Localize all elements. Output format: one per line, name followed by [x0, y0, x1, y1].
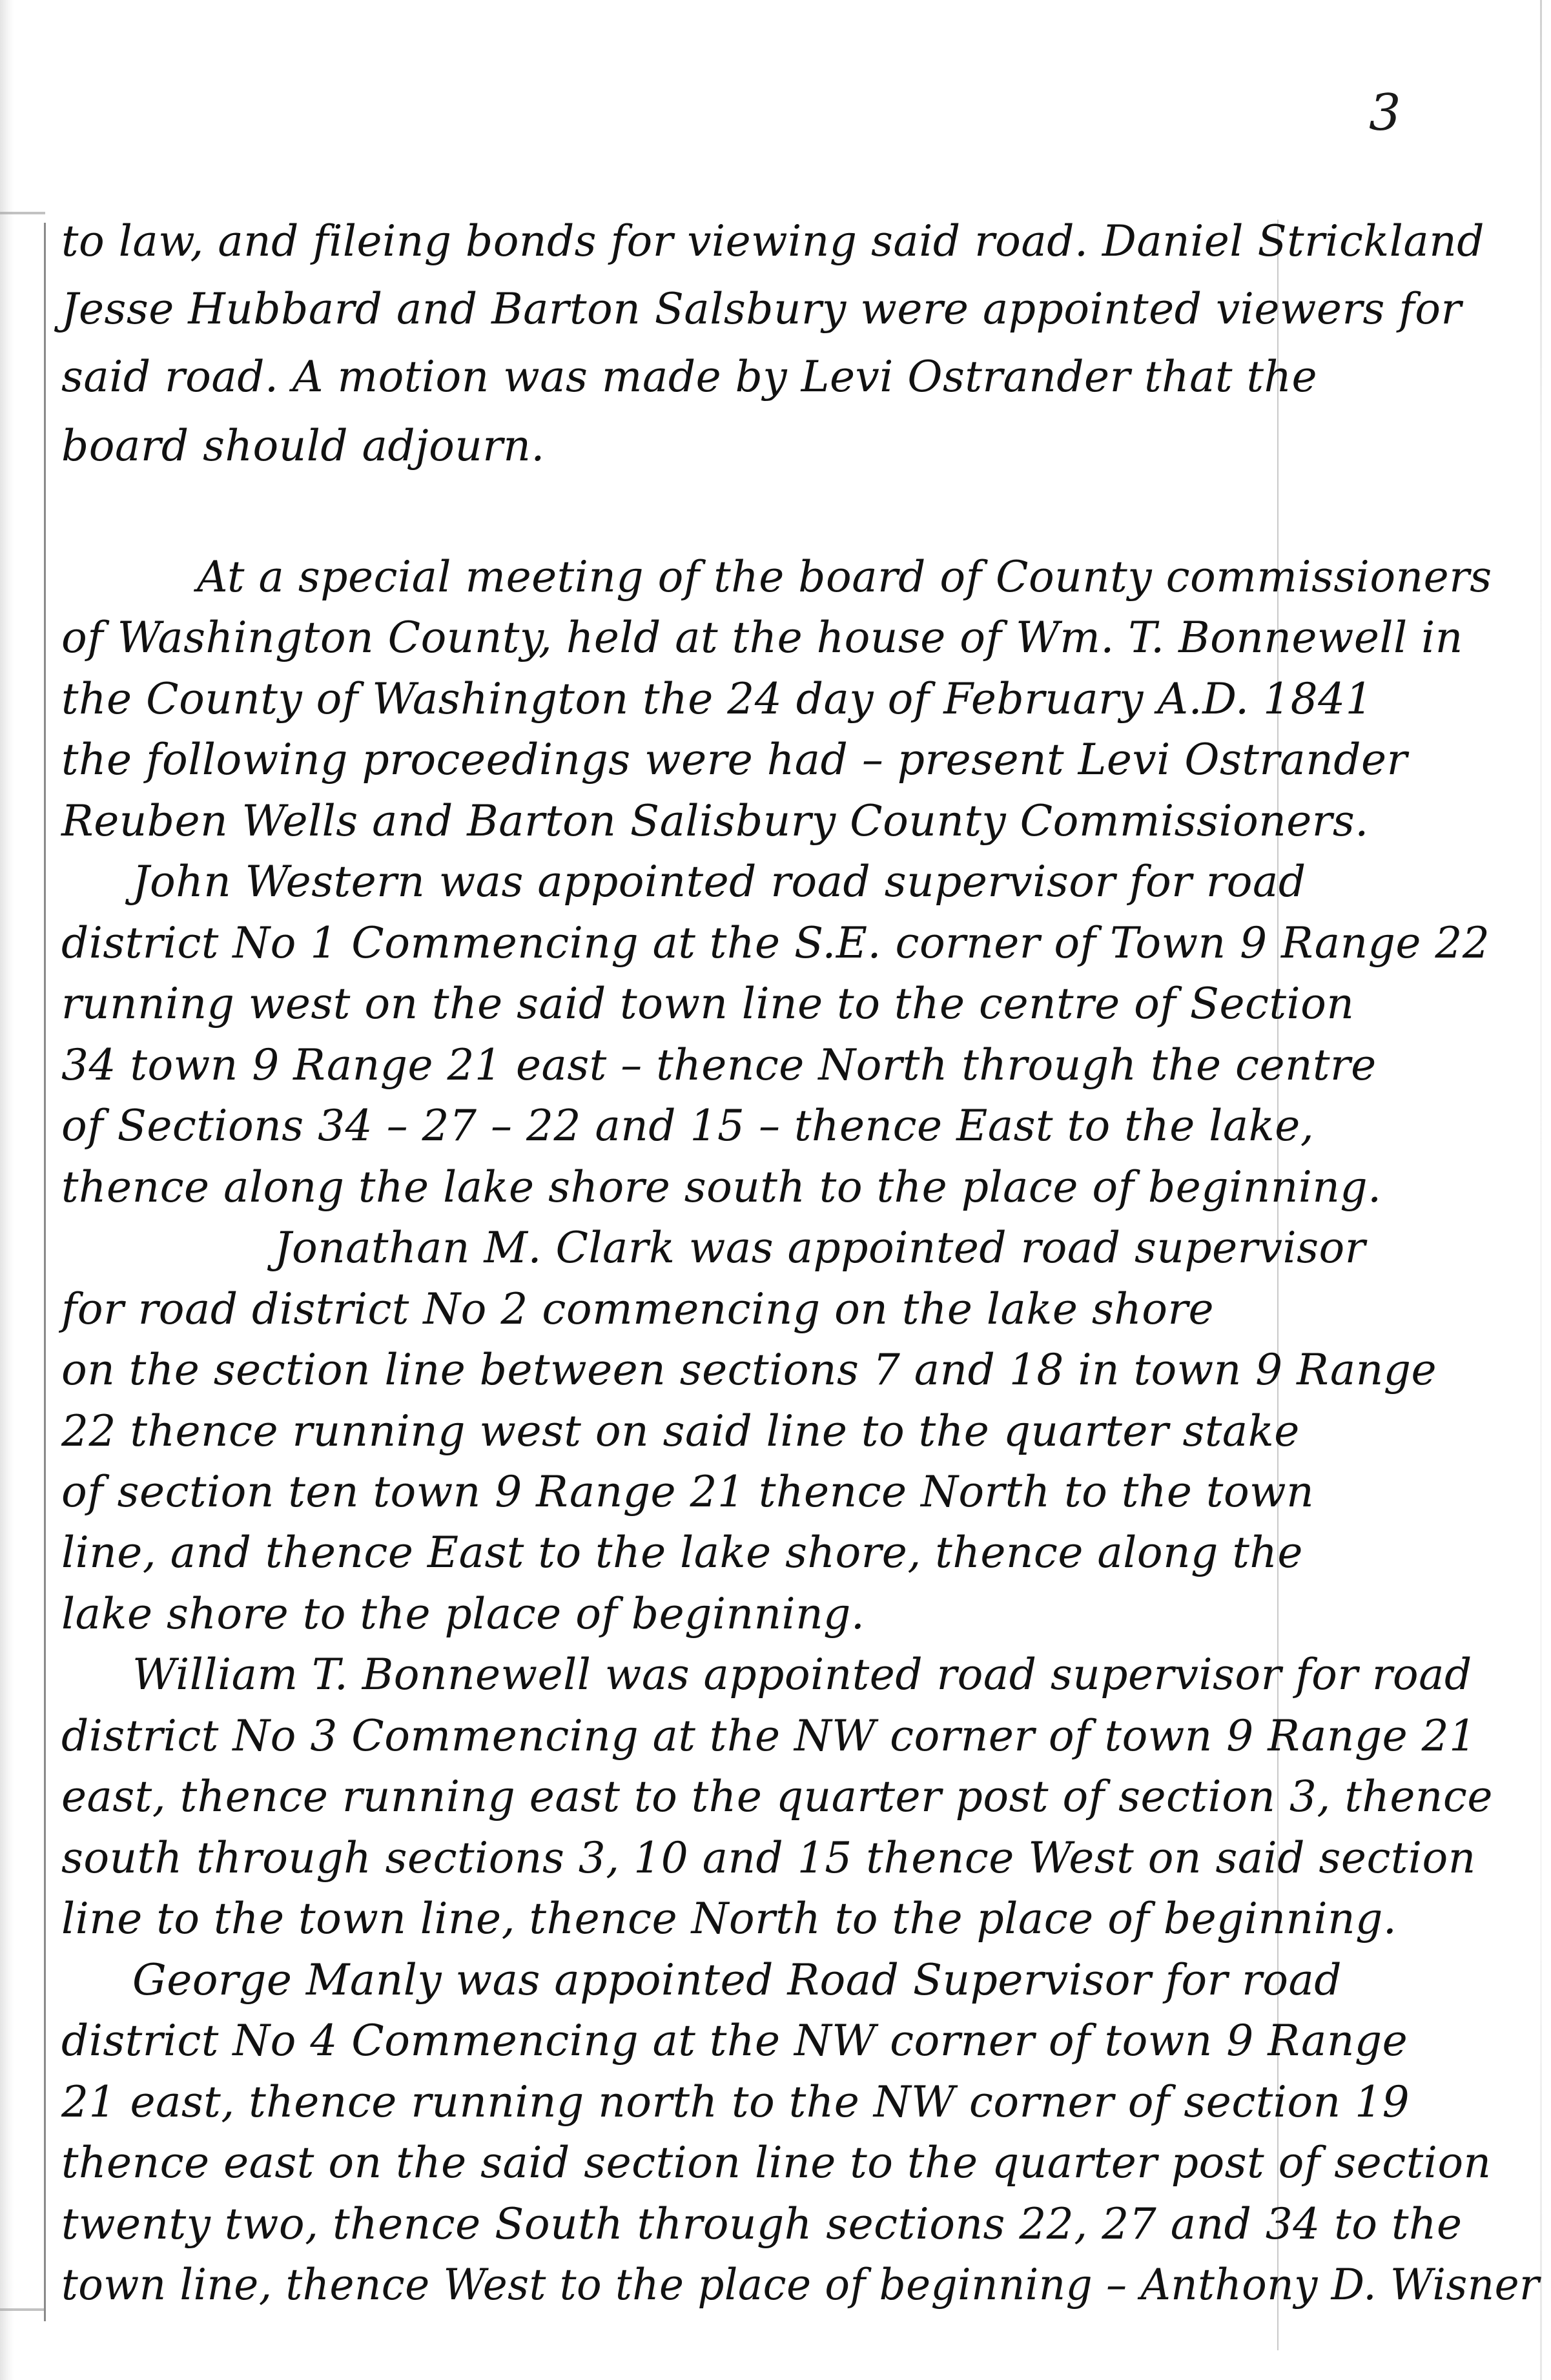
- text-line: board should adjourn.: [61, 421, 545, 471]
- text-line: on the section line between sections 7 a…: [61, 1345, 1437, 1395]
- text-line: thence along the lake shore south to the…: [61, 1162, 1382, 1212]
- text-line: the County of Washington the 24 day of F…: [61, 674, 1373, 724]
- document-page: 3 to law, and fileing bonds for viewing …: [0, 0, 1551, 2380]
- text-line: district No 1 Commencing at the S.E. cor…: [61, 918, 1490, 968]
- text-line: town line, thence West to the place of b…: [61, 2260, 1539, 2310]
- text-line: William T. Bonnewell was appointed road …: [132, 1650, 1472, 1699]
- text-line: Jesse Hubbard and Barton Salsbury were a…: [61, 284, 1462, 334]
- text-line: district No 4 Commencing at the NW corne…: [61, 2016, 1408, 2066]
- left-margin-rule: [44, 223, 46, 2321]
- text-line: district No 3 Commencing at the NW corne…: [61, 1711, 1477, 1761]
- text-line: lake shore to the place of beginning.: [61, 1589, 865, 1639]
- text-line: south through sections 3, 10 and 15 then…: [61, 1833, 1476, 1883]
- text-line: running west on the said town line to th…: [61, 979, 1354, 1029]
- text-line: At a special meeting of the board of Cou…: [197, 552, 1492, 602]
- text-line: for road district No 2 commencing on the…: [61, 1284, 1214, 1334]
- text-line: of Sections 34 – 27 – 22 and 15 – thence…: [61, 1101, 1314, 1151]
- text-line: Reuben Wells and Barton Salisbury County…: [61, 796, 1369, 846]
- text-line: thence east on the said section line to …: [61, 2138, 1492, 2188]
- text-line: George Manly was appointed Road Supervis…: [132, 1955, 1342, 2005]
- text-line: said road. A motion was made by Levi Ost…: [61, 352, 1317, 402]
- text-line: John Western was appointed road supervis…: [132, 857, 1306, 907]
- text-line: line, and thence East to the lake shore,…: [61, 1528, 1303, 1577]
- text-line: of section ten town 9 Range 21 thence No…: [61, 1467, 1314, 1517]
- text-line: the following proceedings were had – pre…: [61, 735, 1408, 785]
- text-line: Jonathan M. Clark was appointed road sup…: [274, 1223, 1366, 1273]
- text-line: 21 east, thence running north to the NW …: [61, 2077, 1410, 2127]
- text-line: twenty two, thence South through section…: [61, 2199, 1463, 2249]
- page-right-edge: [1540, 0, 1542, 2380]
- text-line: of Washington County, held at the house …: [61, 613, 1463, 662]
- page-number: 3: [1369, 84, 1401, 142]
- text-line: to law, and fileing bonds for viewing sa…: [61, 216, 1484, 266]
- text-line: line to the town line, thence North to t…: [61, 1894, 1397, 1944]
- scan-edge-mark: [0, 2308, 45, 2311]
- scan-edge-mark: [0, 212, 45, 214]
- text-line: 34 town 9 Range 21 east – thence North t…: [61, 1040, 1377, 1090]
- scan-edge-shadow: [0, 0, 14, 2380]
- text-line: east, thence running east to the quarter…: [61, 1772, 1493, 1821]
- text-line: 22 thence running west on said line to t…: [61, 1406, 1300, 1456]
